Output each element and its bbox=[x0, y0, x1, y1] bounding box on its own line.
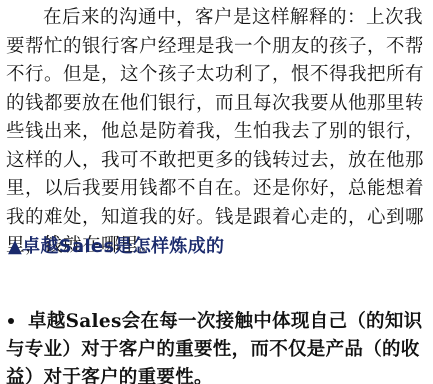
bullet-dot-icon bbox=[8, 318, 14, 324]
heading-text: 卓越Sales是怎样炼成的 bbox=[22, 236, 224, 257]
body-paragraph: 在后来的沟通中，客户是这样解释的：上次我要帮忙的银行客户经理是我一个朋友的孩子，… bbox=[6, 4, 430, 261]
section-heading: ▲卓越Sales是怎样炼成的 bbox=[8, 232, 224, 258]
bullet-text: 卓越Sales会在每一次接触中体现自己（的知识与专业）对于客户的重要性，而不仅是… bbox=[6, 311, 422, 384]
bullet-item: 卓越Sales会在每一次接触中体现自己（的知识与专业）对于客户的重要性，而不仅是… bbox=[6, 308, 430, 384]
triangle-icon: ▲ bbox=[8, 236, 22, 257]
